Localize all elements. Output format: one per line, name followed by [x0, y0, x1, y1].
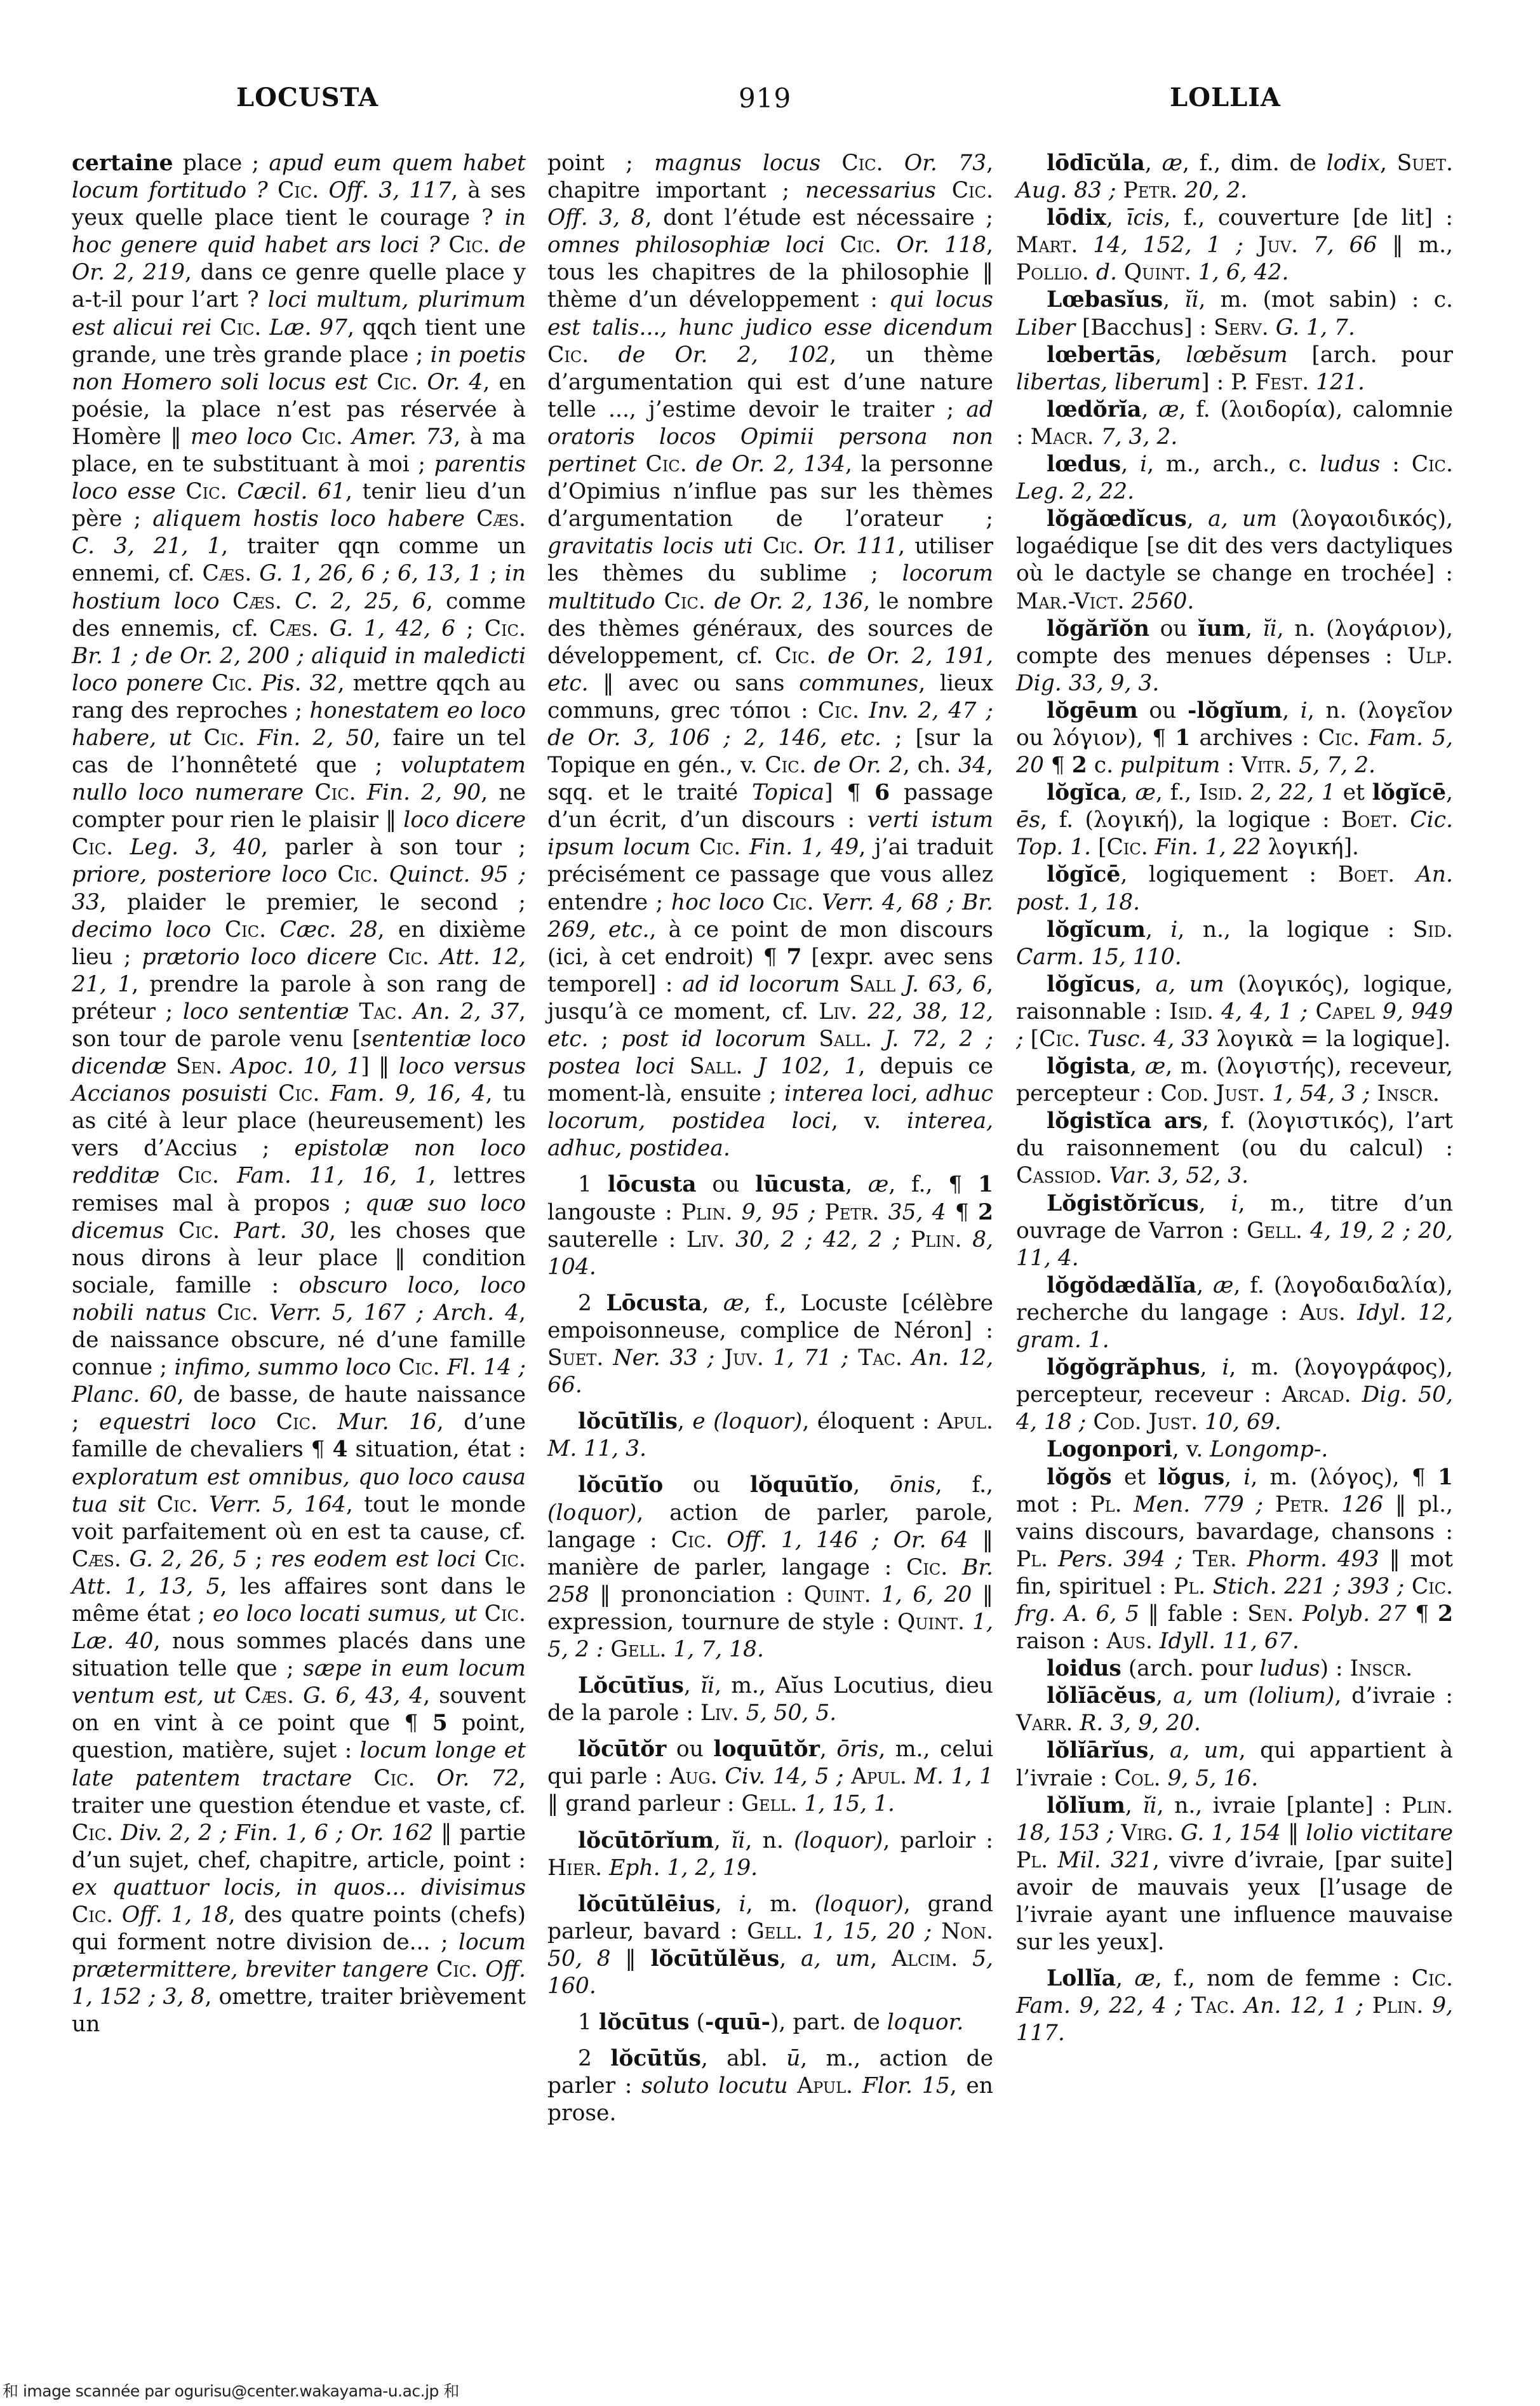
dictionary-column-3: lōdīcŭla, æ, f., dim. de lodix, Suet. Au…	[1016, 150, 1453, 2047]
dictionary-entry: lōdix, īcis, f., couverture [de lit] : M…	[1016, 205, 1453, 286]
page-number: 919	[739, 83, 791, 114]
dictionary-entry: lŏgĭca, æ, f., Isid. 2, 22, 1 et lŏgĭcē,…	[1016, 779, 1453, 861]
dictionary-entry: lœbertās, lœbĕsum [arch. pour libertas, …	[1016, 342, 1453, 396]
dictionary-entry: lŏlĭum, ĭi, n., ivraie [plante] : Plin. …	[1016, 1792, 1453, 1957]
dictionary-entry: 1 lōcusta ou lūcusta, æ, f., ¶ 1 langous…	[547, 1171, 993, 1280]
dictionary-entry: lŏgĭcē, logiquement : Boet. An. post. 1,…	[1016, 861, 1453, 916]
dictionary-entry: 2 Lōcusta, æ, f., Locuste [célèbre empoi…	[547, 1290, 993, 1399]
dictionary-entry: Lŏcūtĭus, ĭi, m., Aĭus Locutius, dieu de…	[547, 1672, 993, 1727]
dictionary-entry: lŏgēum ou -lŏgĭum, i, n. (λογεῖον ou λόγ…	[1016, 697, 1453, 779]
dictionary-entry: 1 lŏcūtus (-quū-), part. de loquor.	[547, 2009, 993, 2036]
dictionary-column-2: point ; magnus locus Cic. Or. 73, chapit…	[547, 150, 993, 2127]
scan-credit-footer: 和 image scannée par ogurisu@center.wakay…	[3, 2379, 459, 2402]
dictionary-entry: Lollĭa, æ, f., nom de femme : Cic. Fam. …	[1016, 1965, 1453, 2047]
dictionary-entry: 2 lŏcūtŭs, abl. ū, m., action de parler …	[547, 2045, 993, 2127]
dictionary-entry: lŏgărĭŏn ou ĭum, ĭi, n. (λογάριον), comp…	[1016, 615, 1453, 697]
dictionary-entry: loidus (arch. pour ludus) : Inscr.	[1016, 1655, 1453, 1683]
dictionary-entry: lœdŏrĭa, æ, f. (λοιδορία), calomnie : Ma…	[1016, 396, 1453, 451]
dictionary-entry: lŏgistĭca ars, f. (λογιστικός), l’art du…	[1016, 1108, 1453, 1190]
dictionary-entry: lōdīcŭla, æ, f., dim. de lodix, Suet. Au…	[1016, 150, 1453, 205]
dictionary-entry: Logonpori, v. Longomp-.	[1016, 1436, 1453, 1463]
dictionary-entry: Lŏgistŏrĭcus, i, m., titre d’un ouvrage …	[1016, 1190, 1453, 1272]
dictionary-entry: lŏgĭcus, a, um (λογικός), logique, raiso…	[1016, 971, 1453, 1053]
dictionary-entry: lœdus, i, m., arch., c. ludus : Cic. Leg…	[1016, 451, 1453, 506]
dictionary-entry: point ; magnus locus Cic. Or. 73, chapit…	[547, 150, 993, 1162]
dictionary-entry: lŏgŏdædălĭa, æ, f. (λογοδαιδαλία), reche…	[1016, 1272, 1453, 1354]
dictionary-entry: lŏgŏs et lŏgus, i, m. (λόγος), ¶ 1 mot :…	[1016, 1464, 1453, 1656]
dictionary-column-1: certaine place ; apud eum quem habet loc…	[72, 150, 526, 2038]
dictionary-entry: lŏcūtŏr ou loquūtŏr, ōris, m., celui qui…	[547, 1736, 993, 1818]
dictionary-entry: certaine place ; apud eum quem habet loc…	[72, 150, 526, 2038]
dictionary-entry: lŏgŏgrăphus, i, m. (λογογράφος), percept…	[1016, 1354, 1453, 1436]
running-head-left: LOCUSTA	[236, 83, 378, 112]
dictionary-entry: Lœbasĭus, ĭi, m. (mot sabin) : c. Liber …	[1016, 286, 1453, 341]
dictionary-entry: lŏlĭārĭus, a, um, qui appartient à l’ivr…	[1016, 1737, 1453, 1792]
dictionary-entry: lŏcūtĭlis, e (loquor), éloquent : Apul. …	[547, 1408, 993, 1463]
dictionary-entry: lŏlĭācĕus, a, um (lolium), d’ivraie : Va…	[1016, 1683, 1453, 1737]
dictionary-entry: lŏcūtōrĭum, ĭi, n. (loquor), parloir : H…	[547, 1827, 993, 1882]
dictionary-entry: lŏgăœdĭcus, a, um (λογαοιδικός), logaédi…	[1016, 506, 1453, 615]
dictionary-entry: lŏcūtĭo ou lŏquūtĭo, ōnis, f., (loquor),…	[547, 1472, 993, 1663]
dictionary-entry: lŏgista, æ, m. (λογιστής), receveur, per…	[1016, 1053, 1453, 1108]
dictionary-entry: lŏcūtŭlēius, i, m. (loquor), grand parle…	[547, 1891, 993, 2000]
dictionary-entry: lŏgĭcum, i, n., la logique : Sid. Carm. …	[1016, 917, 1453, 971]
running-head-right: LOLLIA	[1170, 83, 1281, 112]
